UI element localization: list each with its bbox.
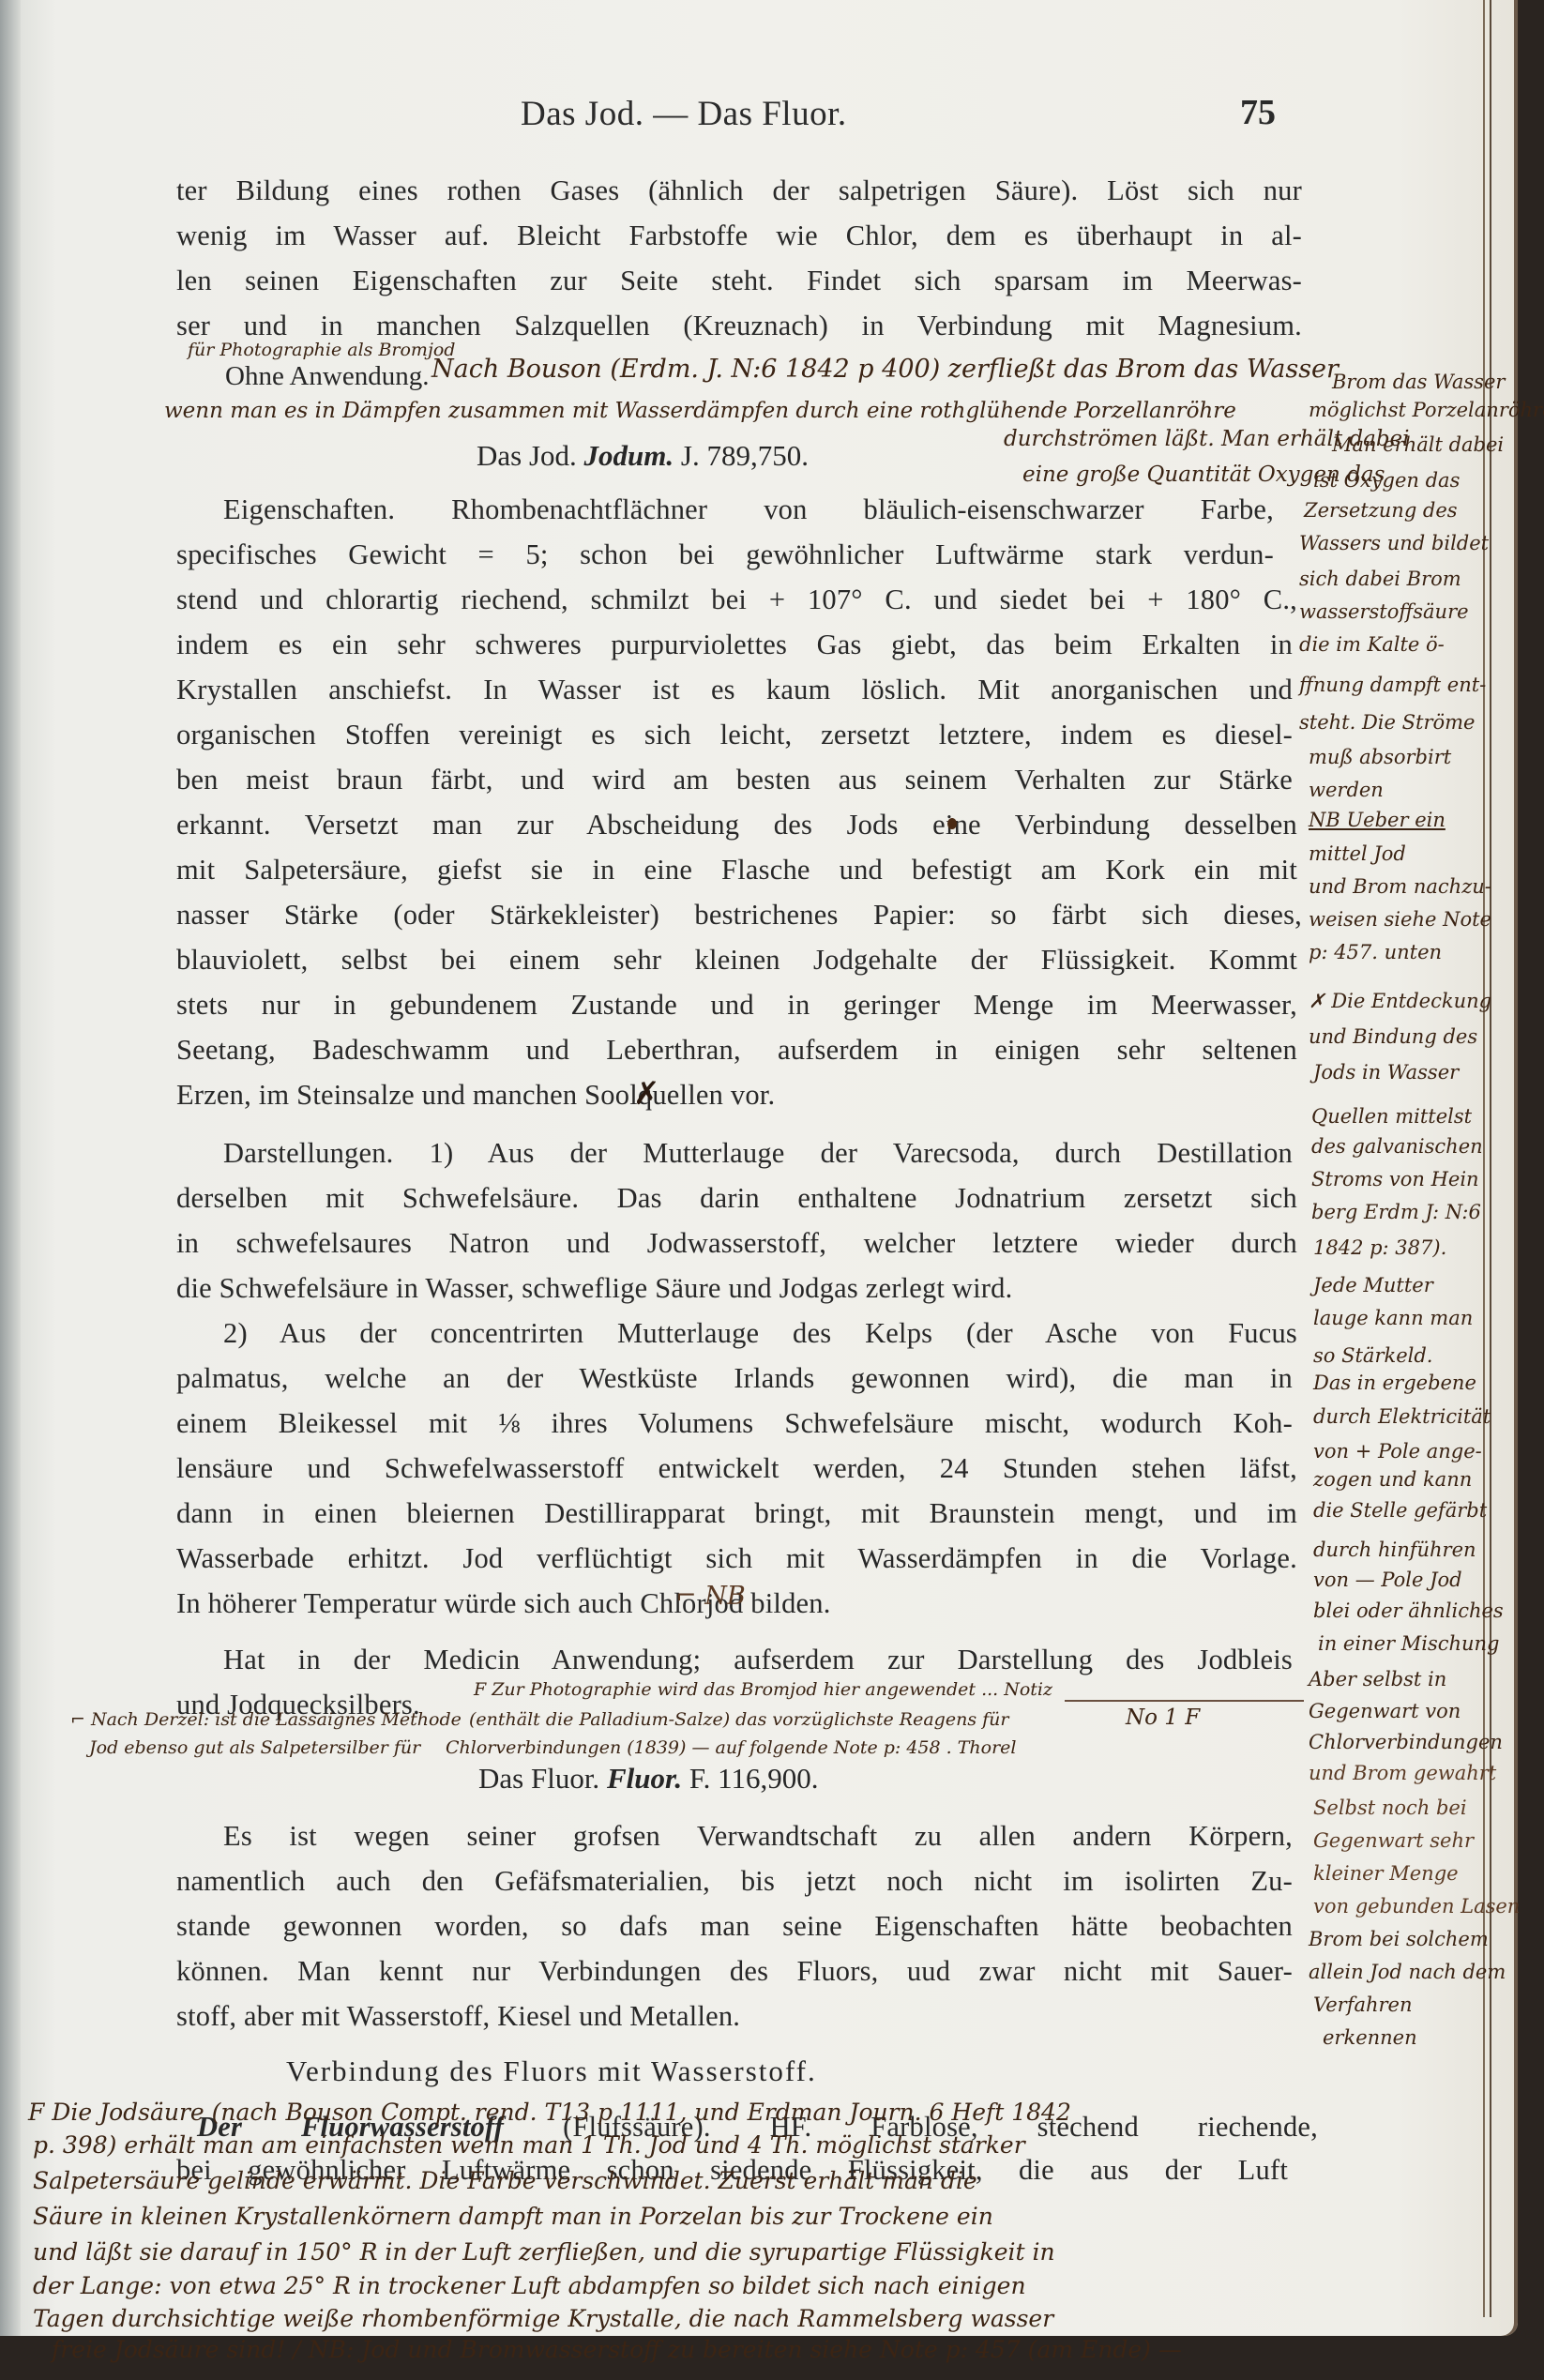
margin-note: Chlorverbindungen (1309, 1731, 1503, 1753)
bottom-note-line: und läßt sie darauf in 150° R in der Luf… (33, 2238, 1055, 2266)
text-line: stande gewonnen worden, so dafs man sein… (176, 1910, 1293, 1943)
bottom-note-line: F Die Jodsäure (nach Bouson Compt. rend.… (28, 2099, 1071, 2126)
text-line: len seinen Eigenschaften zur Seite steht… (176, 265, 1302, 297)
subheading-fluor-wasserstoff: Verbindung des Fluors mit Wasserstoff. (286, 2054, 817, 2088)
text-line: die Schwefelsäure in Wasser, schweflige … (176, 1272, 1302, 1305)
margin-note: des galvanischen (1311, 1135, 1483, 1158)
margin-note: allein Jod nach dem (1309, 1961, 1506, 1983)
bottom-note-line: Säure in kleinen Krystallenkörnern dampf… (33, 2203, 993, 2230)
text-line: einem Bleikessel mit ⅛ ihres Volumens Sc… (176, 1407, 1293, 1440)
text-line: wenig im Wasser auf. Bleicht Farbstoffe … (176, 220, 1302, 252)
element-latin-name: Jodum. (584, 439, 674, 472)
margin-note: steht. Die Ströme (1299, 711, 1475, 734)
text-line: können. Man kennt nur Verbindungen des F… (176, 1955, 1293, 1988)
binding-shadow (0, 0, 21, 2336)
text-line: erkannt. Versetzt man zur Abscheidung de… (176, 809, 1297, 841)
handwritten-note-chlorverbindungen: Chlorverbindungen (1839) — auf folgende … (446, 1737, 1016, 1758)
text-line: stend und chlorartig riechend, schmilzt … (176, 584, 1297, 616)
handwritten-note-left-2: Jod ebenso gut als Salpetersilber für (89, 1737, 420, 1758)
bracket-line (1065, 1700, 1304, 1702)
text-line: organischen Stoffen vereinigt es sich le… (176, 719, 1293, 751)
text-line: Seetang, Badeschwamm und Leberthran, auf… (176, 1034, 1297, 1067)
margin-note: die Stelle gefärbt (1313, 1499, 1487, 1522)
margin-note: 1842 p: 387). (1313, 1236, 1446, 1259)
margin-note: Aber selbst in (1309, 1668, 1446, 1690)
margin-note: möglichst Porzelanröhre (1309, 399, 1544, 421)
page-number: 75 (1240, 92, 1276, 133)
handwritten-note-photo-bromjod: F Zur Photographie wird das Bromjod hier… (474, 1679, 1052, 1700)
margin-note: Gegenwart von (1309, 1700, 1461, 1722)
book-page: Das Jod. — Das Fluor. 75 ter Bildung ein… (0, 0, 1518, 2336)
text-line: ser und in manchen Salzquellen (Kreuznac… (176, 310, 1302, 342)
text-line: Eigenschaften. Rhombenachtflächner von b… (223, 493, 1274, 526)
bottom-note-line: freie Jodsäure sind! / NB: Jod und Bromw… (52, 2336, 1182, 2363)
text-line: ben meist braun färbt, und wird am beste… (176, 764, 1293, 796)
text-line: specifisches Gewicht = 5; schon bei gewö… (176, 538, 1274, 571)
margin-note: Das in ergebene (1313, 1372, 1476, 1394)
text-line: Wasserbade erhitzt. Jod verflüchtigt sic… (176, 1542, 1297, 1575)
text-line: 2) Aus der concentrirten Mutterlauge des… (223, 1317, 1297, 1350)
margin-note: Jods in Wasser (1313, 1061, 1459, 1084)
element-symbol: F. (689, 1762, 711, 1795)
margin-note: Gegenwart sehr (1313, 1829, 1474, 1852)
margin-note: wasserstoffsäure (1299, 600, 1469, 623)
margin-note: berg Erdm J: N:6 (1311, 1201, 1481, 1223)
margin-note: ist Oxygen das (1313, 469, 1460, 492)
nb-mark: ⌐ NB (675, 1582, 746, 1611)
handwritten-note-no1: No 1 F (1126, 1705, 1200, 1730)
text-line: Es ist wegen seiner grofsen Verwandtscha… (223, 1820, 1293, 1853)
margin-note: in einer Mischung (1318, 1632, 1500, 1655)
margin-note: und Bindung des (1309, 1025, 1477, 1048)
element-weight: 789,750. (706, 439, 809, 472)
running-head: Das Jod. — Das Fluor. (521, 94, 847, 134)
margin-note: Quellen mittelst (1311, 1105, 1472, 1128)
margin-note: durch hinführen (1313, 1539, 1476, 1561)
text-line: Krystallen anschiefst. In Wasser ist es … (176, 674, 1293, 706)
margin-note: ✗ Die Entdeckung (1309, 990, 1491, 1012)
text-line: Hat in der Medicin Anwendung; aufserdem … (223, 1644, 1293, 1676)
margin-note: und Brom gewahrt (1309, 1762, 1496, 1784)
margin-note: mittel Jod (1309, 842, 1406, 865)
margin-note: so Stärkeld. (1313, 1344, 1432, 1367)
bottom-note-line: der Lange: von etwa 25° R in trockener L… (33, 2272, 1026, 2299)
margin-note: Wassers und bildet (1299, 532, 1489, 554)
text-line: indem es ein sehr schweres purpurviolett… (176, 629, 1293, 661)
text-line: namentlich auch den Gefäfsmaterialien, b… (176, 1865, 1293, 1898)
margin-note: kleiner Menge (1313, 1862, 1459, 1885)
element-name: Das Fluor. (478, 1762, 599, 1795)
x-mark: ✗ (633, 1075, 660, 1113)
margin-note: die im Kalte ö- (1299, 633, 1445, 656)
margin-note: erkennen (1323, 2026, 1417, 2049)
handwritten-note-palladium: (enthält die Palladium-Salze) das vorzüg… (469, 1709, 1008, 1730)
text-line: Darstellungen. 1) Aus der Mutterlauge de… (223, 1137, 1293, 1170)
margin-note: werden (1309, 779, 1384, 801)
text-line: in schwefelsaures Natron und Jodwasserst… (176, 1227, 1297, 1260)
margin-note: Brom das Wasser (1332, 371, 1505, 393)
margin-note: Jede Mutter (1313, 1274, 1433, 1296)
text-line: dann in einen bleiernen Destillirapparat… (176, 1497, 1297, 1530)
margin-note: sich dabei Brom (1299, 568, 1461, 590)
bottom-note-line: Tagen durchsichtige weiße rhombenförmige… (33, 2305, 1053, 2332)
margin-note: und Brom nachzu- (1309, 875, 1491, 898)
ink-spot (947, 818, 957, 829)
text-line: ter Bildung eines rothen Gases (ähnlich … (176, 174, 1302, 207)
margin-note: ffnung dampft ent- (1299, 674, 1486, 696)
text-line: mit Salpetersäure, giefst sie in eine Fl… (176, 854, 1297, 887)
margin-note: Selbst noch bei (1313, 1796, 1467, 1819)
text-line: stets nur in gebundenem Zustande und in … (176, 989, 1297, 1022)
element-name: Das Jod. (477, 439, 577, 472)
margin-note: p: 457. unten (1309, 941, 1442, 963)
margin-note: durch Elektricität (1313, 1405, 1491, 1428)
margin-note: von — Pole Jod (1313, 1569, 1462, 1591)
margin-note: weisen siehe Note (1309, 908, 1491, 931)
margin-note: blei oder ähnliches (1313, 1599, 1504, 1622)
margin-note-nb: NB Ueber ein (1309, 809, 1446, 831)
bottom-note-line: Salpetersäure gelinde erwärmt. Die Farbe… (33, 2167, 977, 2194)
text-line: derselben mit Schwefelsäure. Das darin e… (176, 1182, 1297, 1215)
margin-note: Zersetzung des (1304, 499, 1458, 522)
element-symbol: J. (681, 439, 700, 472)
ohne-anwendung-text: Ohne Anwendung. (225, 361, 429, 392)
margin-note: lauge kann man (1313, 1307, 1473, 1329)
margin-note: zogen und kann (1313, 1468, 1472, 1491)
margin-note: Man erhält dabei (1332, 433, 1504, 456)
bottom-note-line: p. 398) erhält man am einfachsten wenn m… (33, 2131, 1025, 2159)
margin-note: Brom bei solchem (1309, 1928, 1489, 1950)
handwritten-note-bouson-2: wenn man es in Dämpfen zusammen mit Wass… (164, 399, 1236, 423)
text-line: stoff, aber mit Wasserstoff, Kiesel und … (176, 2000, 1302, 2033)
handwritten-note-left-1: ⌐ Nach Derzel: ist die Lassaignes Method… (70, 1709, 462, 1730)
text-line: lensäure und Schwefelwasserstoff entwick… (176, 1452, 1297, 1485)
section-heading-jod: Das Jod. Jodum. J. 789,750. (477, 439, 809, 473)
text-line: Erzen, im Steinsalze und manchen Soolque… (176, 1079, 1302, 1112)
handwritten-note-photo: für Photographie als Bromjod (188, 340, 455, 360)
margin-note: von gebunden Lasen (1313, 1895, 1520, 1918)
margin-note: Stroms von Hein (1311, 1168, 1479, 1190)
element-latin-name: Fluor. (607, 1762, 682, 1795)
margin-note: muß absorbirt (1309, 746, 1451, 768)
margin-note: Verfahren (1313, 1993, 1413, 2016)
text-line: palmatus, welche an der Westküste Irland… (176, 1362, 1293, 1395)
section-heading-fluor: Das Fluor. Fluor. F. 116,900. (478, 1762, 818, 1796)
element-weight: 116,900. (718, 1762, 818, 1795)
text-line: blauviolett, selbst bei einem sehr klein… (176, 944, 1297, 977)
margin-note: von + Pole ange- (1313, 1440, 1482, 1463)
text-line: nasser Stärke (oder Stärkekleister) best… (176, 899, 1302, 932)
handwritten-note-bouson: Nach Bouson (Erdm. J. N:6 1842 p 400) ze… (431, 355, 1339, 384)
